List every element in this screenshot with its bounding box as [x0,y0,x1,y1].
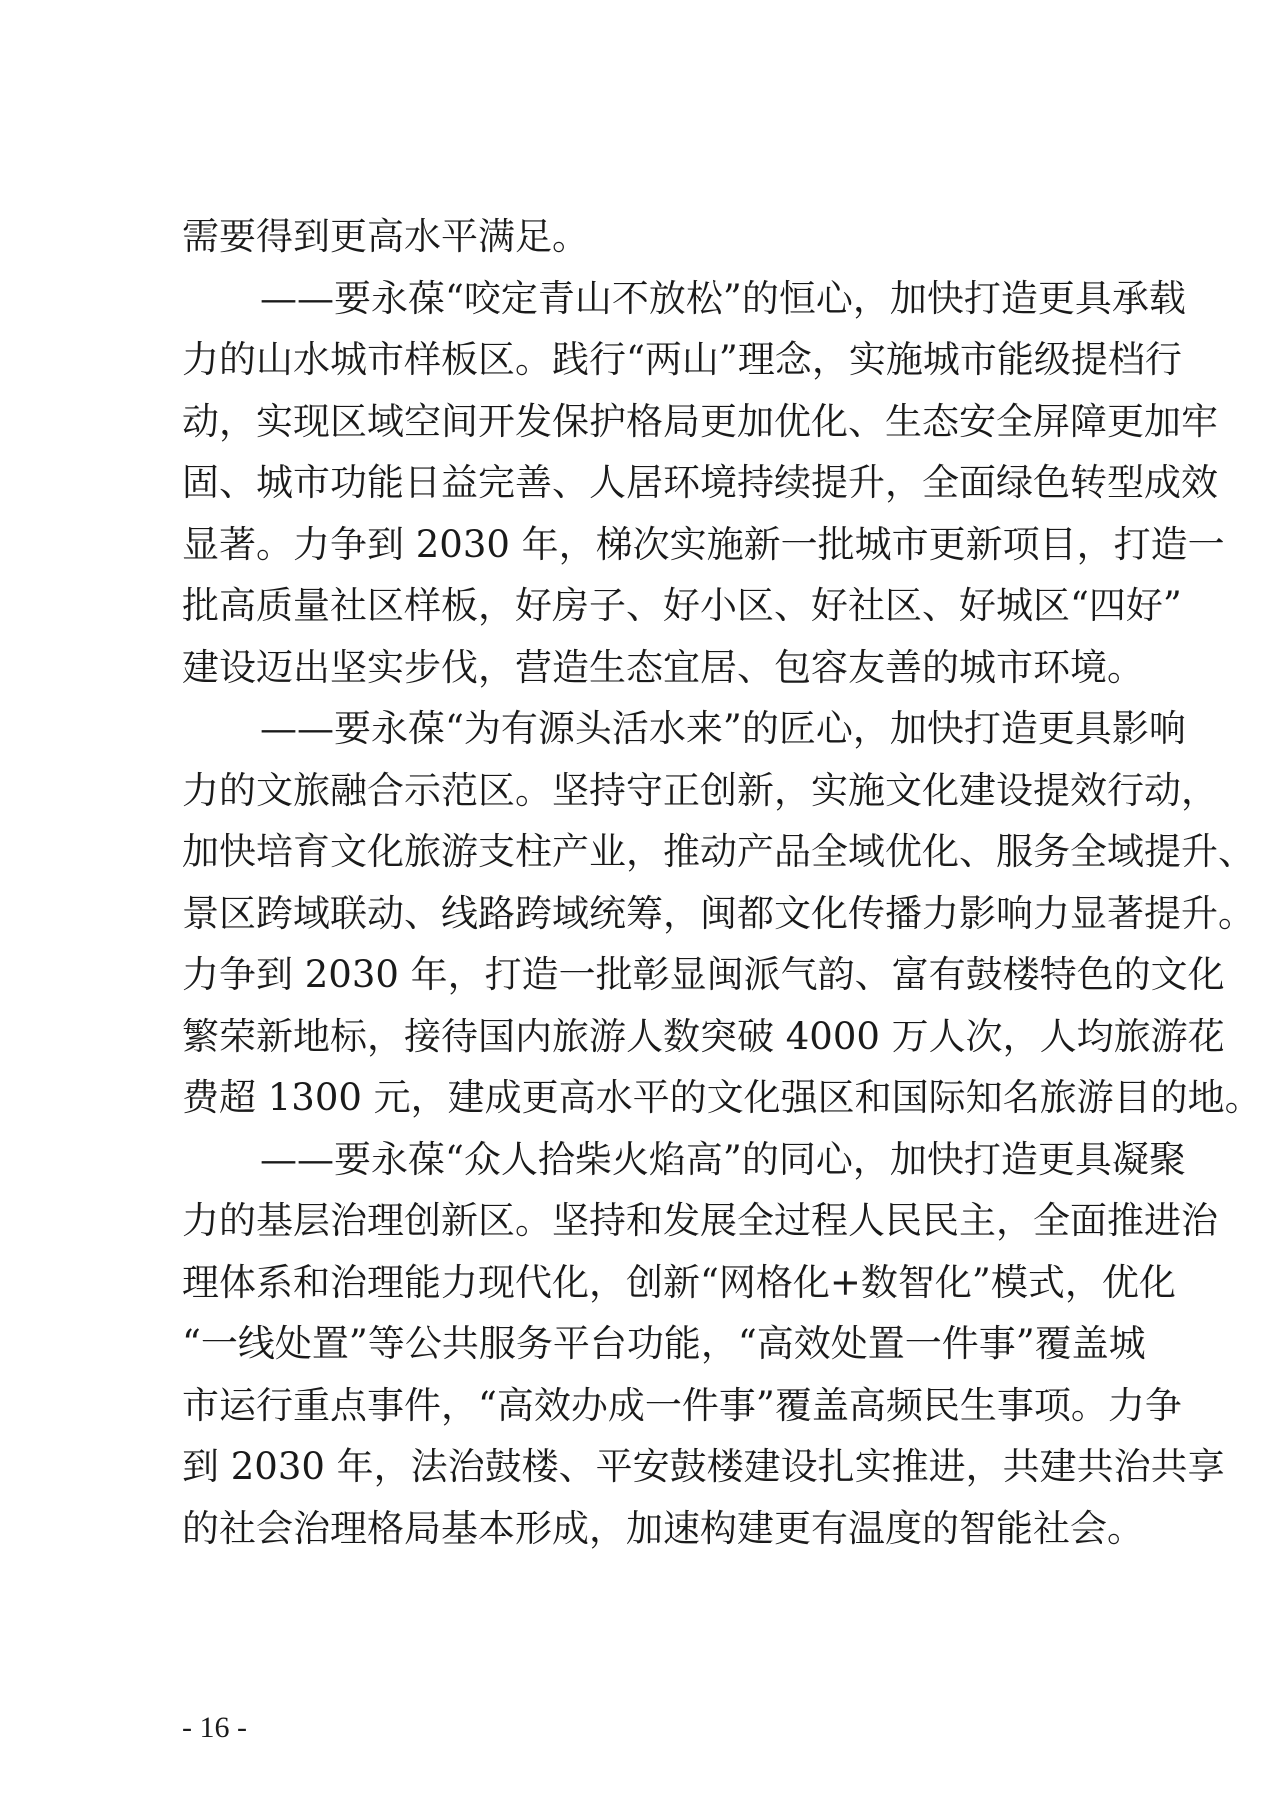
paragraph-line: 力争到 2030 年，打造一批彰显闽派气韵、富有鼓楼特色的文化 [182,944,1118,1006]
paragraph-line: 需要得到更高水平满足。 [182,206,1118,268]
paragraph-line: 繁荣新地标，接待国内旅游人数突破 4000 万人次，人均旅游花 [182,1006,1118,1068]
paragraph-line: ——要永葆“为有源头活水来”的匠心，加快打造更具影响 [182,698,1118,760]
paragraph-line: 的社会治理格局基本形成，加速构建更有温度的智能社会。 [182,1498,1118,1560]
paragraph-line: 加快培育文化旅游支柱产业，推动产品全域优化、服务全域提升、 [182,821,1118,883]
paragraph-line: “一线处置”等公共服务平台功能，“高效处置一件事”覆盖城 [182,1313,1118,1375]
paragraph-line: 景区跨域联动、线路跨域统筹，闽都文化传播力影响力显著提升。 [182,883,1118,945]
paragraph-line: 费超 1300 元，建成更高水平的文化强区和国际知名旅游目的地。 [182,1067,1118,1129]
paragraph-line: 批高质量社区样板，好房子、好小区、好社区、好城区“四好” [182,575,1118,637]
paragraph-line: 力的基层治理创新区。坚持和发展全过程人民民主，全面推进治 [182,1190,1118,1252]
paragraph-line: 力的山水城市样板区。践行“两山”理念，实施城市能级提档行 [182,329,1118,391]
paragraph-line: 建设迈出坚实步伐，营造生态宜居、包容友善的城市环境。 [182,637,1118,699]
paragraph-line: 显著。力争到 2030 年，梯次实施新一批城市更新项目，打造一 [182,514,1118,576]
paragraph-line: 固、城市功能日益完善、人居环境持续提升，全面绿色转型成效 [182,452,1118,514]
paragraph-line: 市运行重点事件，“高效办成一件事”覆盖高频民生事项。力争 [182,1375,1118,1437]
paragraph-line: 动，实现区域空间开发保护格局更加优化、生态安全屏障更加牢 [182,391,1118,453]
page-number: - 16 - [182,1708,247,1748]
paragraph-line: ——要永葆“咬定青山不放松”的恒心，加快打造更具承载 [182,268,1118,330]
paragraph-line: ——要永葆“众人拾柴火焰高”的同心，加快打造更具凝聚 [182,1129,1118,1191]
document-page: 需要得到更高水平满足。 ——要永葆“咬定青山不放松”的恒心，加快打造更具承载 力… [0,0,1280,1795]
paragraph-line: 理体系和治理能力现代化，创新“网格化+数智化”模式，优化 [182,1252,1118,1314]
paragraph-line: 力的文旅融合示范区。坚持守正创新，实施文化建设提效行动， [182,760,1118,822]
paragraph-line: 到 2030 年，法治鼓楼、平安鼓楼建设扎实推进，共建共治共享 [182,1436,1118,1498]
body-text: 需要得到更高水平满足。 ——要永葆“咬定青山不放松”的恒心，加快打造更具承载 力… [182,206,1118,1559]
